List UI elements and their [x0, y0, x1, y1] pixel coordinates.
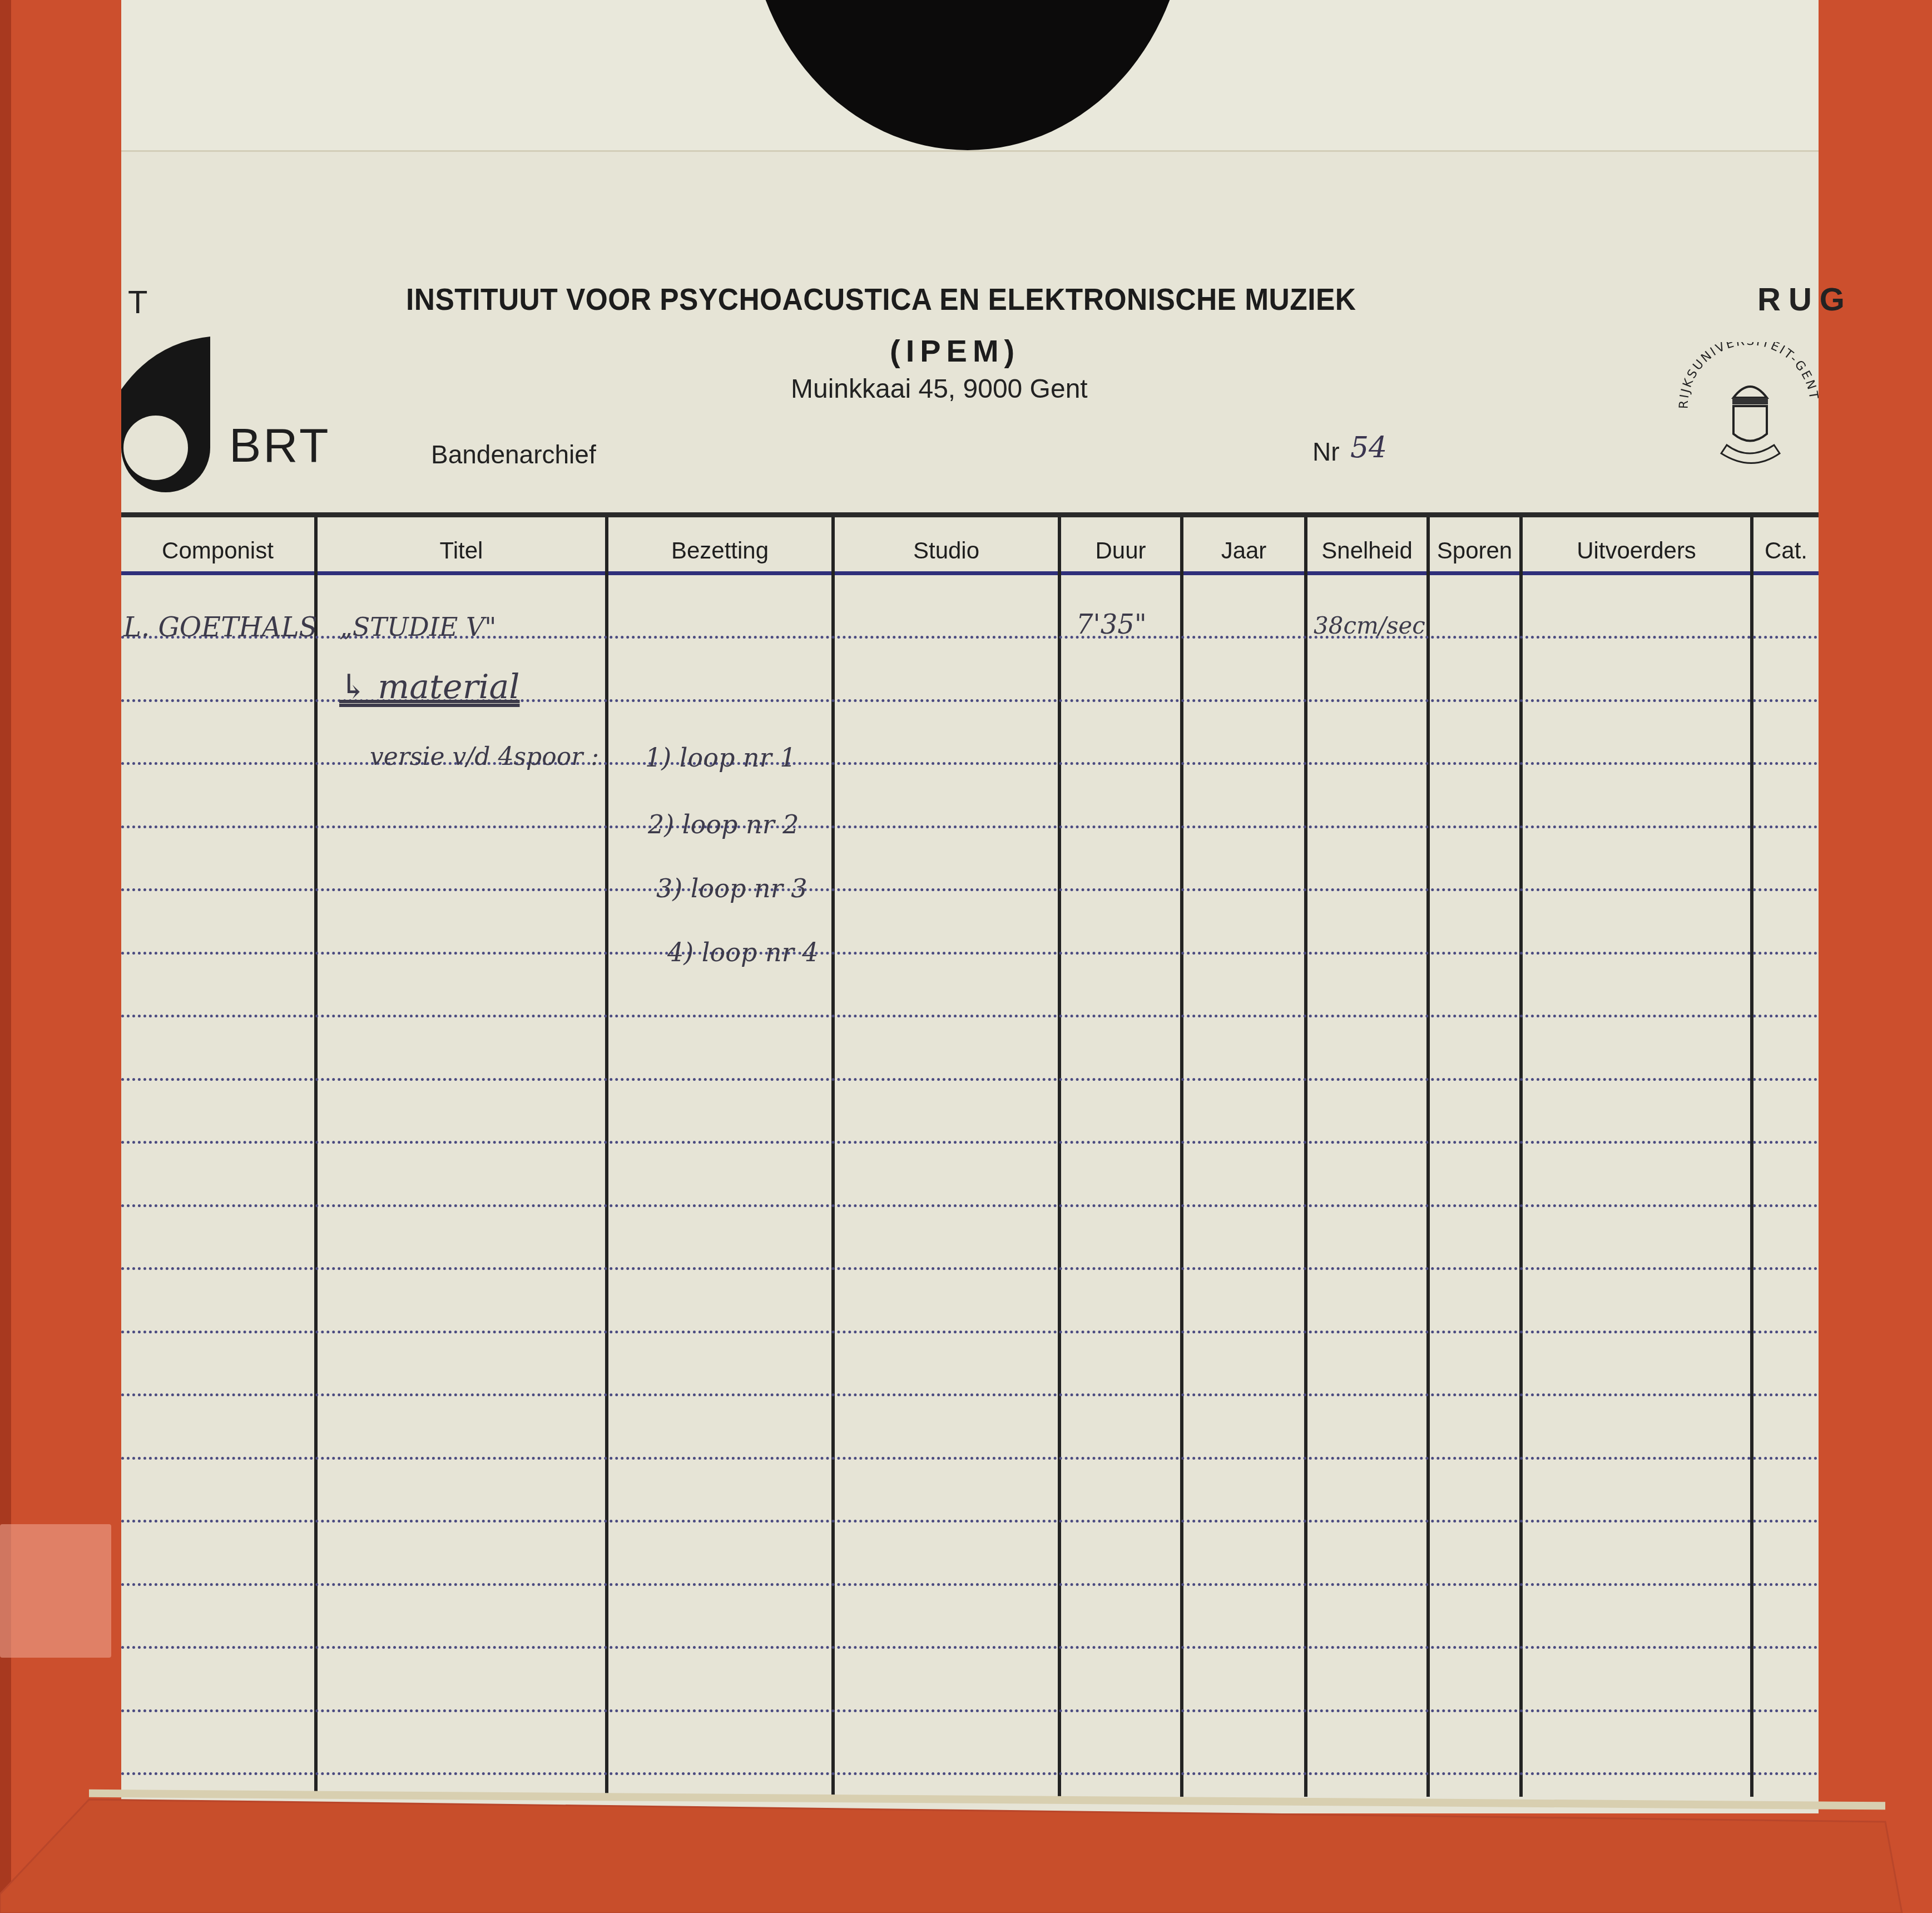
number-label: Nr	[1312, 437, 1340, 467]
university-seal-icon: RIJKSUNIVERSITEIT-GENT	[1671, 342, 1819, 481]
entry-duur: 7'35"	[1076, 609, 1147, 640]
entry-titel: „STUDIE V"	[339, 612, 496, 642]
row-line	[121, 1331, 1819, 1333]
adhesive-tape	[0, 1524, 111, 1658]
entry-loop-2: 2) loop nr 2	[648, 809, 799, 839]
column-divider	[1426, 517, 1430, 1797]
column-divider	[314, 517, 318, 1797]
column-divider	[1519, 517, 1523, 1797]
institute-name: INSTITUUT VOOR PSYCHOACUSTICA EN ELEKTRO…	[406, 281, 1356, 317]
row-line	[121, 888, 1819, 891]
row-line	[121, 1393, 1819, 1396]
row-line	[121, 1520, 1819, 1523]
row-line	[121, 1267, 1819, 1270]
column-header-studio: Studio	[835, 531, 1058, 570]
entry-componist: L. GOETHALS	[123, 612, 317, 643]
archive-label: Bandenarchief	[431, 439, 596, 469]
column-header-bezetting: Bezetting	[608, 531, 831, 570]
brt-logo-icon	[121, 337, 210, 495]
institute-address: Muinkkaai 45, 9000 Gent	[791, 374, 1088, 404]
table-header-rule	[121, 571, 1819, 575]
column-header-uitvoerders: Uitvoerders	[1523, 531, 1750, 570]
column-divider	[831, 517, 835, 1797]
row-line	[121, 952, 1819, 955]
column-divider	[605, 517, 608, 1797]
column-header-sporen: Sporen	[1430, 531, 1519, 570]
entry-loop-4: 4) loop nr 4	[667, 937, 819, 967]
letterhead-right-partial: RUG	[1757, 281, 1852, 318]
column-divider	[1304, 517, 1307, 1797]
column-header-componist: Componist	[121, 531, 314, 570]
column-header-cat: Cat.	[1753, 531, 1819, 570]
row-line	[121, 1772, 1819, 1775]
column-header-titel: Titel	[318, 531, 605, 570]
column-divider	[1058, 517, 1061, 1797]
row-line	[121, 1015, 1819, 1017]
row-line	[121, 1457, 1819, 1460]
entry-snelheid: 38cm/sec	[1314, 612, 1425, 639]
column-header-jaar: Jaar	[1183, 531, 1304, 570]
row-line	[121, 1078, 1819, 1081]
column-header-duur: Duur	[1061, 531, 1180, 570]
row-line	[121, 1204, 1819, 1207]
row-line	[121, 1646, 1819, 1649]
letterhead-left-partial: T	[128, 284, 147, 321]
broadcaster-name: BRT	[229, 418, 330, 473]
entry-loop-1: 1) loop nr 1	[645, 743, 796, 773]
column-header-snelheid: Snelheid	[1307, 531, 1426, 570]
column-divider	[1750, 517, 1753, 1797]
sleeve-bottom-flap	[0, 1794, 1932, 1913]
row-line	[121, 1141, 1819, 1144]
row-line	[121, 1709, 1819, 1712]
table-top-rule	[121, 512, 1819, 517]
entry-versie-note: versie v/d 4spoor :	[370, 743, 599, 771]
row-line	[121, 1583, 1819, 1586]
column-divider	[1180, 517, 1183, 1797]
row-line	[121, 825, 1819, 828]
archive-number: 54	[1350, 431, 1387, 464]
entry-loop-3: 3) loop nr 3	[656, 873, 808, 903]
institute-acronym: (IPEM)	[890, 333, 1020, 369]
archive-card	[121, 0, 1819, 1813]
entry-material-note: ↳ material	[339, 668, 519, 706]
